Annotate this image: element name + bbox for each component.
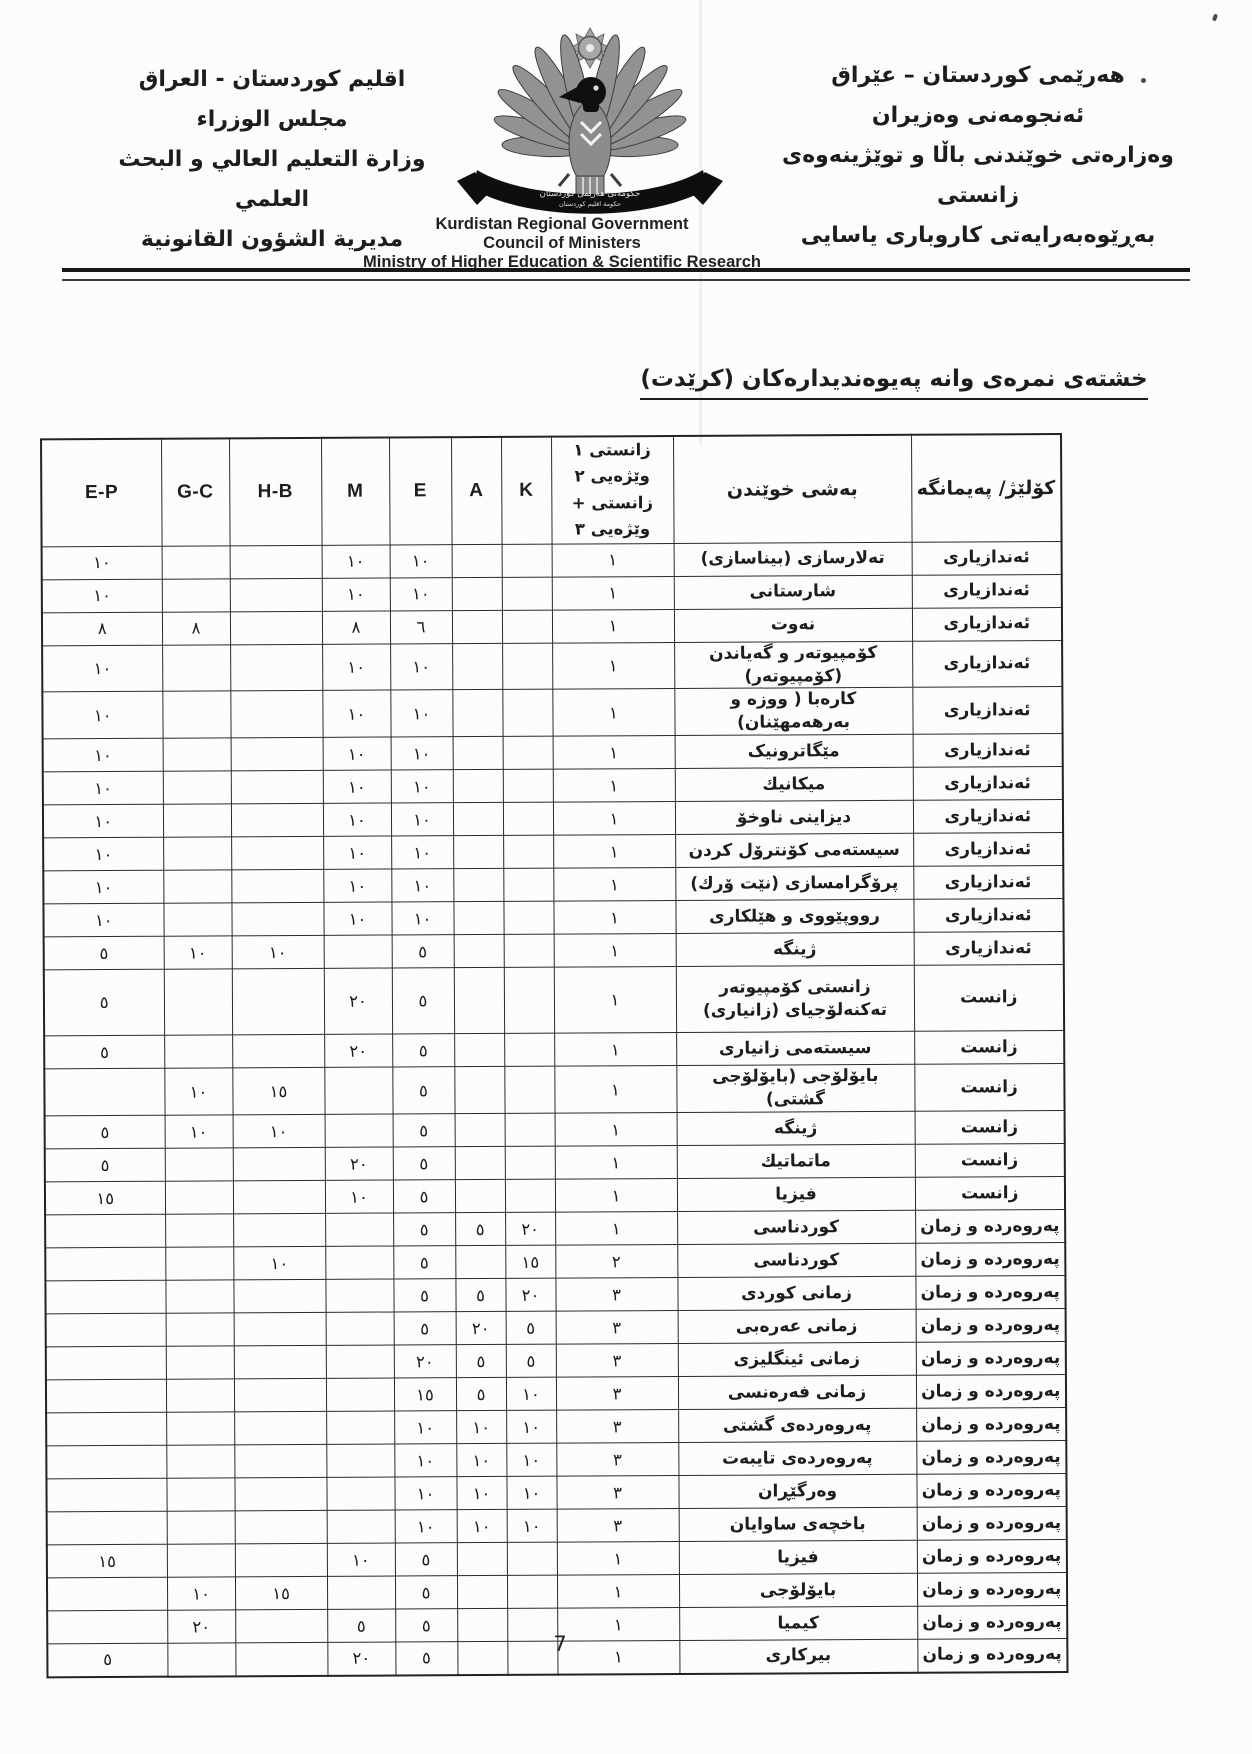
cell-e: ١٠: [391, 902, 453, 935]
cell-a: [454, 1034, 504, 1067]
cell-m: [326, 1312, 394, 1345]
cell-e: ١٠: [391, 770, 453, 803]
cell-k: [502, 690, 552, 737]
table-row: ئەندازیاریتەلارسازی (بیناسازی)١١٠١٠١٠: [42, 541, 1062, 579]
cell-gc: ٢٠: [167, 1610, 235, 1643]
cell-k: [504, 1033, 554, 1066]
cell-college: پەروەردە و زمان: [915, 1276, 1065, 1310]
cell-ep: ١٠: [42, 645, 162, 693]
cell-stream: ١: [553, 802, 675, 836]
cell-dept: وەرگێڕان: [678, 1474, 916, 1508]
cell-a: [452, 610, 502, 643]
cell-stream: ٣: [556, 1476, 678, 1510]
cell-ep: ٥: [44, 1036, 164, 1070]
cell-dept: زمانی عەرەبی: [678, 1309, 916, 1343]
cell-ep: ١٥: [45, 1181, 165, 1215]
table-row: ئەندازیاریپرۆگرامسازی (نێت ۆرك)١١٠١٠١٠: [43, 866, 1063, 904]
cell-m: ١٠: [325, 1180, 393, 1213]
cell-e: ٥: [392, 935, 454, 968]
cell-m: ١٠: [322, 545, 390, 578]
cell-k: [504, 934, 554, 967]
cell-a: ١٠: [456, 1444, 506, 1477]
cell-ep: ١٠: [43, 871, 163, 905]
cell-hb: [235, 1610, 327, 1643]
table-header-row: کۆلێژ/ پەیمانگە بەشی خوێندن زانستی ١ وێژ…: [41, 434, 1062, 546]
cell-college: پەروەردە و زمان: [917, 1540, 1067, 1574]
cell-college: پەروەردە و زمان: [915, 1210, 1065, 1244]
cell-m: [327, 1510, 395, 1543]
cell-a: [454, 1067, 504, 1114]
kurdistan-eagle-emblem-icon: حکومەتی هەرێمی کوردستان حكومة اقليم كورد…: [455, 26, 725, 221]
cell-hb: [234, 1478, 326, 1511]
cell-a: [452, 544, 502, 577]
cell-college: پەروەردە و زمان: [916, 1375, 1066, 1409]
cell-hb: [231, 837, 323, 870]
cell-gc: ١٠: [167, 1577, 235, 1610]
cell-e: ٥: [393, 1279, 455, 1312]
table-row: پەروەردە و زمانزمانی کوردی٣٢٠٥٥: [45, 1276, 1065, 1314]
cell-m: [326, 1411, 394, 1444]
cell-gc: [166, 1445, 234, 1478]
cell-e: ١٥: [394, 1378, 456, 1411]
cell-stream: ١: [554, 967, 676, 1034]
cell-ep: [46, 1478, 166, 1512]
cell-gc: [162, 578, 230, 611]
cell-stream: ١: [555, 1146, 677, 1180]
cell-dept: کوردناسی: [677, 1243, 915, 1277]
cell-gc: [166, 1379, 234, 1412]
table-row: ئەندازیاریرووپێووی و هێلکاری١١٠١٠١٠: [43, 899, 1063, 937]
banner-text-line2: حكومة اقليم كوردستان: [559, 200, 621, 208]
table-row: پەروەردە و زمانفیزیا١٥١٠١٥: [47, 1540, 1067, 1578]
cell-k: [503, 802, 553, 835]
cell-stream: ١: [552, 609, 674, 643]
cell-a: ٥: [456, 1345, 506, 1378]
page-number: 7: [500, 1632, 620, 1656]
table-row: ئەندازیاریمیکانیك١١٠١٠١٠: [43, 767, 1063, 805]
cell-gc: [163, 738, 231, 771]
cell-k: [505, 1179, 555, 1212]
table-row: زانستسیستەمی زانیاری١٥٢٠٥: [44, 1031, 1064, 1069]
cell-ep: ٥: [44, 937, 164, 971]
cell-college: زانست: [914, 1064, 1064, 1112]
cell-college: پەروەردە و زمان: [917, 1606, 1067, 1640]
cell-a: [453, 803, 503, 836]
cell-gc: [165, 1214, 233, 1247]
cell-ep: ١٠: [43, 739, 163, 773]
cell-dept: کارەبا ( ووزە و بەرهەمهێنان): [674, 688, 912, 736]
cell-gc: [165, 1247, 233, 1280]
cell-dept: میکانیك: [675, 768, 913, 802]
cell-k: [504, 967, 554, 1033]
cell-dept: فیزیا: [679, 1540, 917, 1574]
cell-gc: ١٠: [164, 1068, 232, 1115]
table-row: پەروەردە و زمانباخچەی ساوایان٣١٠١٠١٠: [47, 1507, 1067, 1545]
col-header-k: K: [501, 437, 552, 544]
cell-dept: زانستی کۆمپیوتەر تەکنەلۆجیای (زانیاری): [676, 966, 914, 1033]
cell-gc: [166, 1313, 234, 1346]
cell-gc: [164, 1035, 232, 1068]
letterhead-english: Kurdistan Regional Government Council of…: [352, 215, 772, 272]
cell-ep: [47, 1610, 167, 1644]
cell-e: ١٠: [390, 577, 452, 610]
cell-m: ١٠: [323, 869, 391, 902]
cell-dept: کیمیا: [679, 1606, 917, 1640]
cell-ep: ٥: [44, 970, 164, 1037]
cell-a: [453, 836, 503, 869]
cell-k: ٢٠: [505, 1212, 555, 1245]
cell-hb: [230, 578, 322, 611]
cell-e: ١٠: [394, 1477, 456, 1510]
cell-a: ١٠: [457, 1510, 507, 1543]
cell-dept: نەوت: [674, 608, 912, 642]
cell-stream: ٣: [556, 1443, 678, 1477]
cell-k: [502, 610, 552, 643]
cell-gc: [165, 1148, 233, 1181]
table-row: پەروەردە و زمانپەروەردەی تایبەت٣١٠١٠١٠: [46, 1441, 1066, 1479]
cell-college: پەروەردە و زمان: [915, 1243, 1065, 1277]
cell-a: [457, 1576, 507, 1609]
cell-hb: ١٠: [233, 1115, 325, 1148]
cell-ep: ٥: [47, 1643, 167, 1677]
cell-e: ٥: [392, 968, 454, 1034]
table-row: ئەندازیاریمێگاترونیک١١٠١٠١٠: [43, 734, 1063, 772]
cell-a: [455, 1147, 505, 1180]
cell-a: [453, 770, 503, 803]
cell-college: پەروەردە و زمان: [917, 1573, 1067, 1607]
cell-college: پەروەردە و زمان: [916, 1408, 1066, 1442]
cell-e: ١٠: [390, 544, 452, 577]
cell-college: زانست: [914, 965, 1064, 1032]
cell-m: ٢٠: [324, 1034, 392, 1067]
cell-m: ٢٠: [324, 968, 392, 1034]
cell-dept: مێگاترونیک: [675, 735, 913, 769]
cell-stream: ١: [552, 576, 674, 610]
cell-stream: ١: [555, 1212, 677, 1246]
cell-gc: [163, 804, 231, 837]
cell-dept: رووپێووی و هێلکاری: [675, 900, 913, 934]
cell-ep: [47, 1577, 167, 1611]
cell-ep: ١٠: [43, 904, 163, 938]
cell-hb: [234, 1445, 326, 1478]
cell-ep: ١٠: [42, 579, 162, 613]
cell-e: ٥: [393, 1147, 455, 1180]
cell-college: ئەندازیاری: [913, 767, 1063, 801]
cell-gc: [167, 1643, 235, 1676]
cell-m: ١٠: [323, 902, 391, 935]
cell-m: [325, 1279, 393, 1312]
table-row: ئەندازیاریدیزاینی ناوخۆ١١٠١٠١٠: [43, 800, 1063, 838]
cell-a: [454, 935, 504, 968]
cell-a: ١٠: [456, 1477, 506, 1510]
cell-e: ١٠: [391, 803, 453, 836]
cell-e: ٥: [395, 1609, 457, 1642]
cell-a: [453, 737, 503, 770]
cell-k: [503, 736, 553, 769]
cell-m: [326, 1345, 394, 1378]
cell-stream: ٣: [556, 1410, 678, 1444]
cell-e: ١٠: [390, 690, 452, 737]
letterhead-kurdish-line: بەڕێوەبەرایەتی کاروباری یاسایی: [758, 216, 1198, 256]
table-row: ئەندازیاریکارەبا ( ووزە و بەرهەمهێنان)١١…: [42, 687, 1062, 739]
cell-ep: [46, 1445, 166, 1479]
cell-stream: ١: [553, 901, 675, 935]
cell-hb: [234, 1379, 326, 1412]
cell-college: ئەندازیاری: [913, 734, 1063, 768]
cell-a: [452, 690, 502, 737]
cell-stream: ١: [554, 1033, 676, 1067]
cell-a: ٥: [456, 1378, 506, 1411]
cell-k: [507, 1542, 557, 1575]
col-header-stream: زانستی ١ وێژەیی ٢ زانستی + وێژەیی ٣: [551, 436, 674, 544]
cell-hb: [233, 1280, 325, 1313]
cell-gc: [166, 1478, 234, 1511]
col-header-hb: H-B: [229, 438, 322, 546]
cell-ep: ١٥: [47, 1544, 167, 1578]
cell-gc: [162, 691, 230, 738]
cell-dept: شارستانی: [674, 575, 912, 609]
cell-m: [326, 1444, 394, 1477]
letterhead-english-line: Kurdistan Regional Government: [352, 215, 772, 234]
cell-a: [452, 577, 502, 610]
cell-college: ئەندازیاری: [912, 640, 1062, 688]
cell-m: [326, 1378, 394, 1411]
cell-a: [453, 869, 503, 902]
col-header-m: M: [321, 438, 390, 545]
cell-gc: [167, 1511, 235, 1544]
cell-k: [502, 544, 552, 577]
scan-speck: [1212, 14, 1218, 22]
cell-k: ١٠: [507, 1509, 557, 1542]
col-header-stream-line1: زانستی ١: [555, 437, 670, 464]
col-header-ep: E-P: [41, 439, 162, 547]
banner-text-line1: حکومەتی هەرێمی کوردستان: [540, 189, 641, 199]
cell-m: [327, 1576, 395, 1609]
cell-k: [502, 643, 552, 690]
col-header-stream-line3: زانستی + وێژەیی ٣: [555, 490, 670, 543]
cell-stream: ١: [557, 1542, 679, 1576]
table-row: ئەندازیاریشارستانی١١٠١٠١٠: [42, 574, 1062, 612]
cell-hb: [231, 771, 323, 804]
cell-k: [503, 769, 553, 802]
cell-a: [455, 1180, 505, 1213]
table-row: زانستفیزیا١٥١٠١٥: [45, 1177, 1065, 1215]
cell-hb: ١٥: [235, 1577, 327, 1610]
cell-a: ٥: [455, 1213, 505, 1246]
cell-m: ١٠: [323, 770, 391, 803]
cell-m: ١٠: [323, 836, 391, 869]
col-header-college: کۆلێژ/ پەیمانگە: [911, 434, 1062, 542]
cell-m: ٢٠: [327, 1642, 395, 1675]
cell-gc: ١٠: [164, 936, 232, 969]
cell-stream: ٣: [555, 1278, 677, 1312]
cell-k: [505, 1146, 555, 1179]
cell-dept: ژینگە: [677, 1111, 915, 1145]
cell-stream: ١: [553, 769, 675, 803]
cell-k: ١٥: [505, 1245, 555, 1278]
table-row: زانستماتماتیك١٥٢٠٥: [45, 1144, 1065, 1182]
table-row: ئەندازیاریسیستەمی کۆنترۆل کردن١١٠١٠١٠: [43, 833, 1063, 871]
cell-e: ٢٠: [394, 1345, 456, 1378]
cell-hb: [235, 1544, 327, 1577]
cell-a: [452, 643, 502, 690]
cell-stream: ٣: [556, 1377, 678, 1411]
scanned-document-page: اقليم كوردستان - العراق مجلس الوزراء وزا…: [0, 0, 1252, 1754]
cell-e: ١٠: [391, 869, 453, 902]
cell-gc: ١٠: [165, 1115, 233, 1148]
cell-ep: ١٠: [42, 546, 162, 580]
cell-hb: ١٠: [232, 936, 324, 969]
cell-college: زانست: [915, 1177, 1065, 1211]
cell-hb: [230, 545, 322, 578]
cell-college: ئەندازیاری: [912, 687, 1062, 735]
cell-e: ١٠: [394, 1411, 456, 1444]
cell-m: ١٠: [322, 690, 390, 737]
table-row: پەروەردە و زمانبایۆلۆجی١٥١٥١٠: [47, 1573, 1067, 1611]
cell-m: ٢٠: [325, 1147, 393, 1180]
cell-e: ٥: [392, 1034, 454, 1067]
cell-college: ئەندازیاری: [913, 800, 1063, 834]
cell-a: ٢٠: [456, 1312, 506, 1345]
cell-hb: [231, 738, 323, 771]
cell-k: [507, 1575, 557, 1608]
cell-ep: [46, 1346, 166, 1380]
cell-hb: [234, 1346, 326, 1379]
cell-gc: [163, 771, 231, 804]
cell-ep: ١٠: [43, 805, 163, 839]
cell-gc: [166, 1412, 234, 1445]
cell-ep: [46, 1379, 166, 1413]
col-header-a: A: [451, 437, 502, 544]
cell-stream: ١: [552, 689, 674, 737]
cell-ep: [45, 1214, 165, 1248]
cell-stream: ٣: [556, 1311, 678, 1345]
cell-m: ١٠: [327, 1543, 395, 1576]
col-header-e: E: [389, 437, 452, 544]
cell-e: ٥: [393, 1180, 455, 1213]
cell-e: ٥: [395, 1642, 457, 1675]
cell-hb: ١٠: [233, 1247, 325, 1280]
cell-stream: ١: [553, 868, 675, 902]
cell-college: پەروەردە و زمان: [916, 1342, 1066, 1376]
cell-stream: ١: [555, 1113, 677, 1147]
table-row: پەروەردە و زمانکوردناسی٢١٥٥١٠: [45, 1243, 1065, 1281]
cell-hb: [230, 691, 322, 738]
cell-dept: کوردناسی: [677, 1210, 915, 1244]
cell-m: ٨: [322, 611, 390, 644]
table-row: پەروەردە و زمانوەرگێڕان٣١٠١٠١٠: [46, 1474, 1066, 1512]
col-header-gc: G-C: [161, 438, 230, 545]
cell-gc: [163, 837, 231, 870]
cell-gc: ٨: [162, 611, 230, 644]
cell-college: پەروەردە و زمان: [917, 1639, 1067, 1673]
cell-dept: پرۆگرامسازی (نێت ۆرك): [675, 867, 913, 901]
cell-e: ٥: [393, 1114, 455, 1147]
cell-m: [324, 935, 392, 968]
cell-ep: ٨: [42, 612, 162, 646]
cell-ep: ١٠: [43, 838, 163, 872]
cell-m: [325, 1246, 393, 1279]
letterhead-kurdish: هەرێمی کوردستان – عێراق ئەنجومەنی وەزیرا…: [758, 56, 1198, 256]
cell-gc: [165, 1181, 233, 1214]
cell-ep: ١٠: [42, 692, 162, 740]
cell-college: پەروەردە و زمان: [916, 1474, 1066, 1508]
cell-gc: [162, 644, 230, 691]
cell-k: [502, 577, 552, 610]
document-title: خشتەی نمرەی وانە پەیوەندیدارەکان (کرێدت): [638, 366, 1150, 400]
table-row: پەروەردە و زمانزمانی فەرەنسی٣١٠٥١٥: [46, 1375, 1066, 1413]
cell-m: ١٠: [323, 803, 391, 836]
cell-m: [326, 1477, 394, 1510]
cell-college: پەروەردە و زمان: [917, 1507, 1067, 1541]
cell-a: ١٠: [456, 1411, 506, 1444]
cell-gc: [167, 1544, 235, 1577]
cell-e: ١٠: [390, 643, 452, 690]
table-row: ئەندازیارینەوت١٦٨٨٨: [42, 607, 1062, 645]
cell-dept: زمانی ئینگلیزی: [678, 1342, 916, 1376]
cell-e: ٥: [392, 1067, 454, 1114]
cell-hb: [231, 870, 323, 903]
cell-k: [504, 1066, 554, 1113]
cell-hb: [233, 1214, 325, 1247]
cell-dept: ماتماتیك: [677, 1144, 915, 1178]
cell-dept: سیستەمی زانیاری: [676, 1032, 914, 1066]
cell-stream: ١: [557, 1575, 679, 1609]
cell-college: پەروەردە و زمان: [916, 1309, 1066, 1343]
letterhead-arabic-line: وزارة التعليم العالي و البحث العلمي: [82, 140, 462, 220]
cell-a: [453, 902, 503, 935]
cell-dept: بیرکاری: [679, 1639, 917, 1673]
cell-m: [325, 1213, 393, 1246]
cell-e: ١٠: [391, 737, 453, 770]
cell-stream: ٣: [556, 1344, 678, 1378]
cell-e: ٥: [393, 1246, 455, 1279]
cell-dept: ژینگە: [676, 933, 914, 967]
cell-e: ١٠: [395, 1510, 457, 1543]
cell-stream: ٣: [557, 1509, 679, 1543]
cell-stream: ١: [554, 1066, 676, 1114]
cell-k: ١٠: [506, 1377, 556, 1410]
cell-m: ١٠: [322, 644, 390, 691]
cell-dept: باخچەی ساوایان: [679, 1507, 917, 1541]
table-row: ئەندازیاریژینگە١٥١٠١٠٥: [44, 932, 1064, 970]
letterhead-arabic-line: مجلس الوزراء: [82, 100, 462, 140]
cell-e: ١٠: [394, 1444, 456, 1477]
cell-e: ٥: [395, 1543, 457, 1576]
cell-a: [457, 1543, 507, 1576]
cell-college: زانست: [914, 1031, 1064, 1065]
cell-stream: ١: [553, 736, 675, 770]
cell-k: [503, 901, 553, 934]
cell-e: ٥: [395, 1576, 457, 1609]
cell-dept: سیستەمی کۆنترۆل کردن: [675, 834, 913, 868]
cell-e: ٥: [393, 1213, 455, 1246]
cell-stream: ١: [552, 642, 674, 690]
cell-ep: ١٠: [43, 772, 163, 806]
cell-k: [503, 868, 553, 901]
table-row: زانستژینگە١٥١٠١٠٥: [45, 1111, 1065, 1149]
table-body: ئەندازیاریتەلارسازی (بیناسازی)١١٠١٠١٠ئەن…: [42, 541, 1068, 1677]
cell-gc: [165, 1280, 233, 1313]
cell-dept: بایۆلۆجی: [679, 1573, 917, 1607]
cell-k: ١٠: [506, 1476, 556, 1509]
table-row: زانستبایۆلۆجی (بایۆلۆجی گشتی)١٥١٥١٠: [44, 1064, 1064, 1116]
col-header-stream-line2: وێژەیی ٢: [555, 463, 670, 490]
cell-gc: [163, 870, 231, 903]
cell-college: ئەندازیاری: [914, 932, 1064, 966]
cell-gc: [164, 969, 232, 1035]
cell-stream: ١: [555, 1179, 677, 1213]
